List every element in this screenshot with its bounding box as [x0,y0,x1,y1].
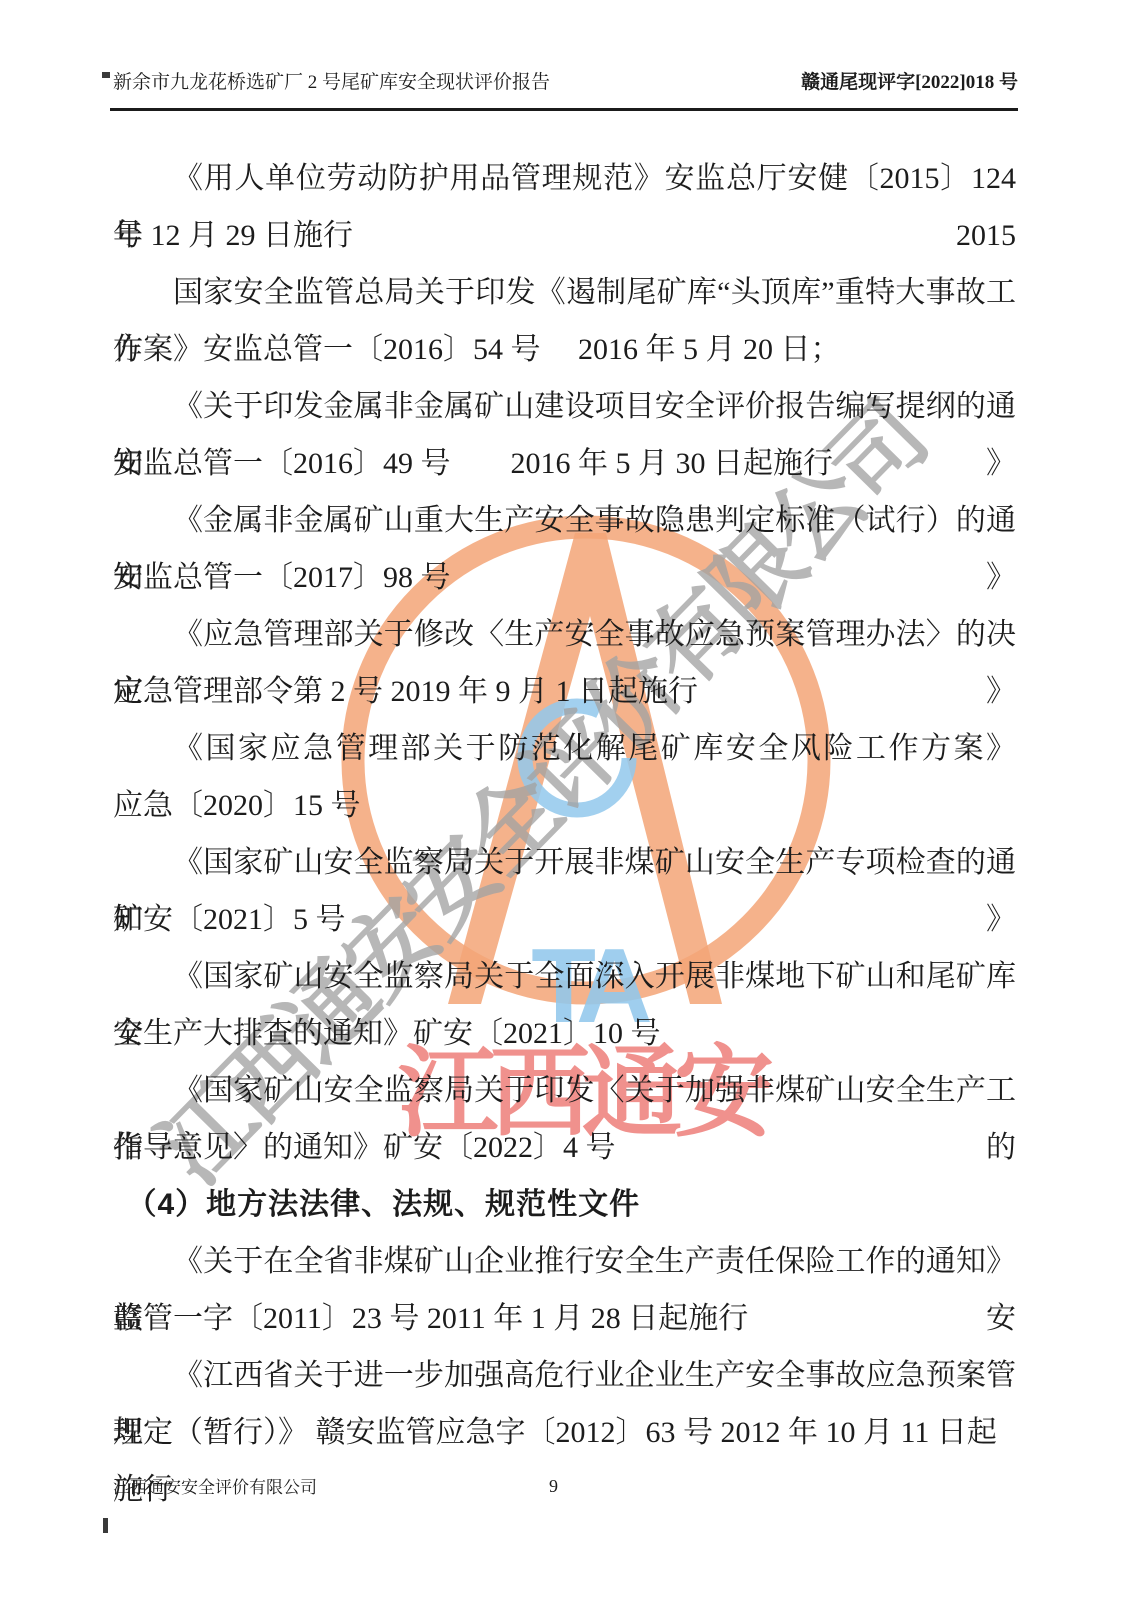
report-title: 新余市九龙花桥选矿厂 2 号尾矿库安全现状评价报告 [113,70,550,96]
body-line: 《国家矿山安全监察局关于印发〈关于加强非煤矿山安全生产工作的 [113,1062,1016,1119]
body-line: 《国家应急管理部关于防范化解尾矿库安全风险工作方案》 [113,720,1016,777]
footer-company: 江西通安安全评价有限公司 [113,1476,317,1500]
body-line: 全生产大排查的通知》矿安〔2021〕10 号 [113,1005,1016,1062]
body-line: 《国家矿山安全监察局关于开展非煤矿山安全生产专项检查的通知》 [113,834,1016,891]
body-line: 《关于在全省非煤矿山企业推行安全生产责任保险工作的通知》赣安 [113,1233,1016,1290]
scan-artifact [103,1518,108,1533]
body-line: 《国家矿山安全监察局关于全面深入开展非煤地下矿山和尾矿库安 [113,948,1016,1005]
body-line: 规定（暂行）》 赣安监管应急字〔2012〕63 号 2012 年 10 月 11… [113,1404,1016,1461]
body-text: 《用人单位劳动防护用品管理规范》安监总厅安健〔2015〕124 号 2015年 … [113,150,1016,1461]
body-line: 《关于印发金属非金属矿山建设项目安全评价报告编写提纲的通知》 [113,378,1016,435]
body-line: 《金属非金属矿山重大生产安全事故隐患判定标准（试行）的通知》 [113,492,1016,549]
section-heading: （4）地方法法律、法规、规范性文件 [113,1176,1016,1233]
body-line: 方案》安监总管一〔2016〕54 号 2016 年 5 月 20 日； [113,321,1016,378]
page-header: 新余市九龙花桥选矿厂 2 号尾矿库安全现状评价报告 赣通尾现评字[2022]01… [113,70,1018,96]
scan-artifact [102,72,110,78]
body-line: 《江西省关于进一步加强高危行业企业生产安全事故应急预案管理 [113,1347,1016,1404]
page-number: 9 [549,1474,558,1498]
document-number: 赣通尾现评字[2022]018 号 [801,70,1018,96]
body-line: 《用人单位劳动防护用品管理规范》安监总厅安健〔2015〕124 号 2015 [113,150,1016,207]
header-divider [110,108,1018,111]
body-line: 《应急管理部关于修改〈生产安全事故应急预案管理办法〉的决定》 [113,606,1016,663]
body-line: 应急〔2020〕15 号 [113,777,1016,834]
document-page: 新余市九龙花桥选矿厂 2 号尾矿库安全现状评价报告 赣通尾现评字[2022]01… [0,0,1131,1600]
body-line: 国家安全监管总局关于印发《遏制尾矿库“头顶库”重特大事故工作 [113,264,1016,321]
